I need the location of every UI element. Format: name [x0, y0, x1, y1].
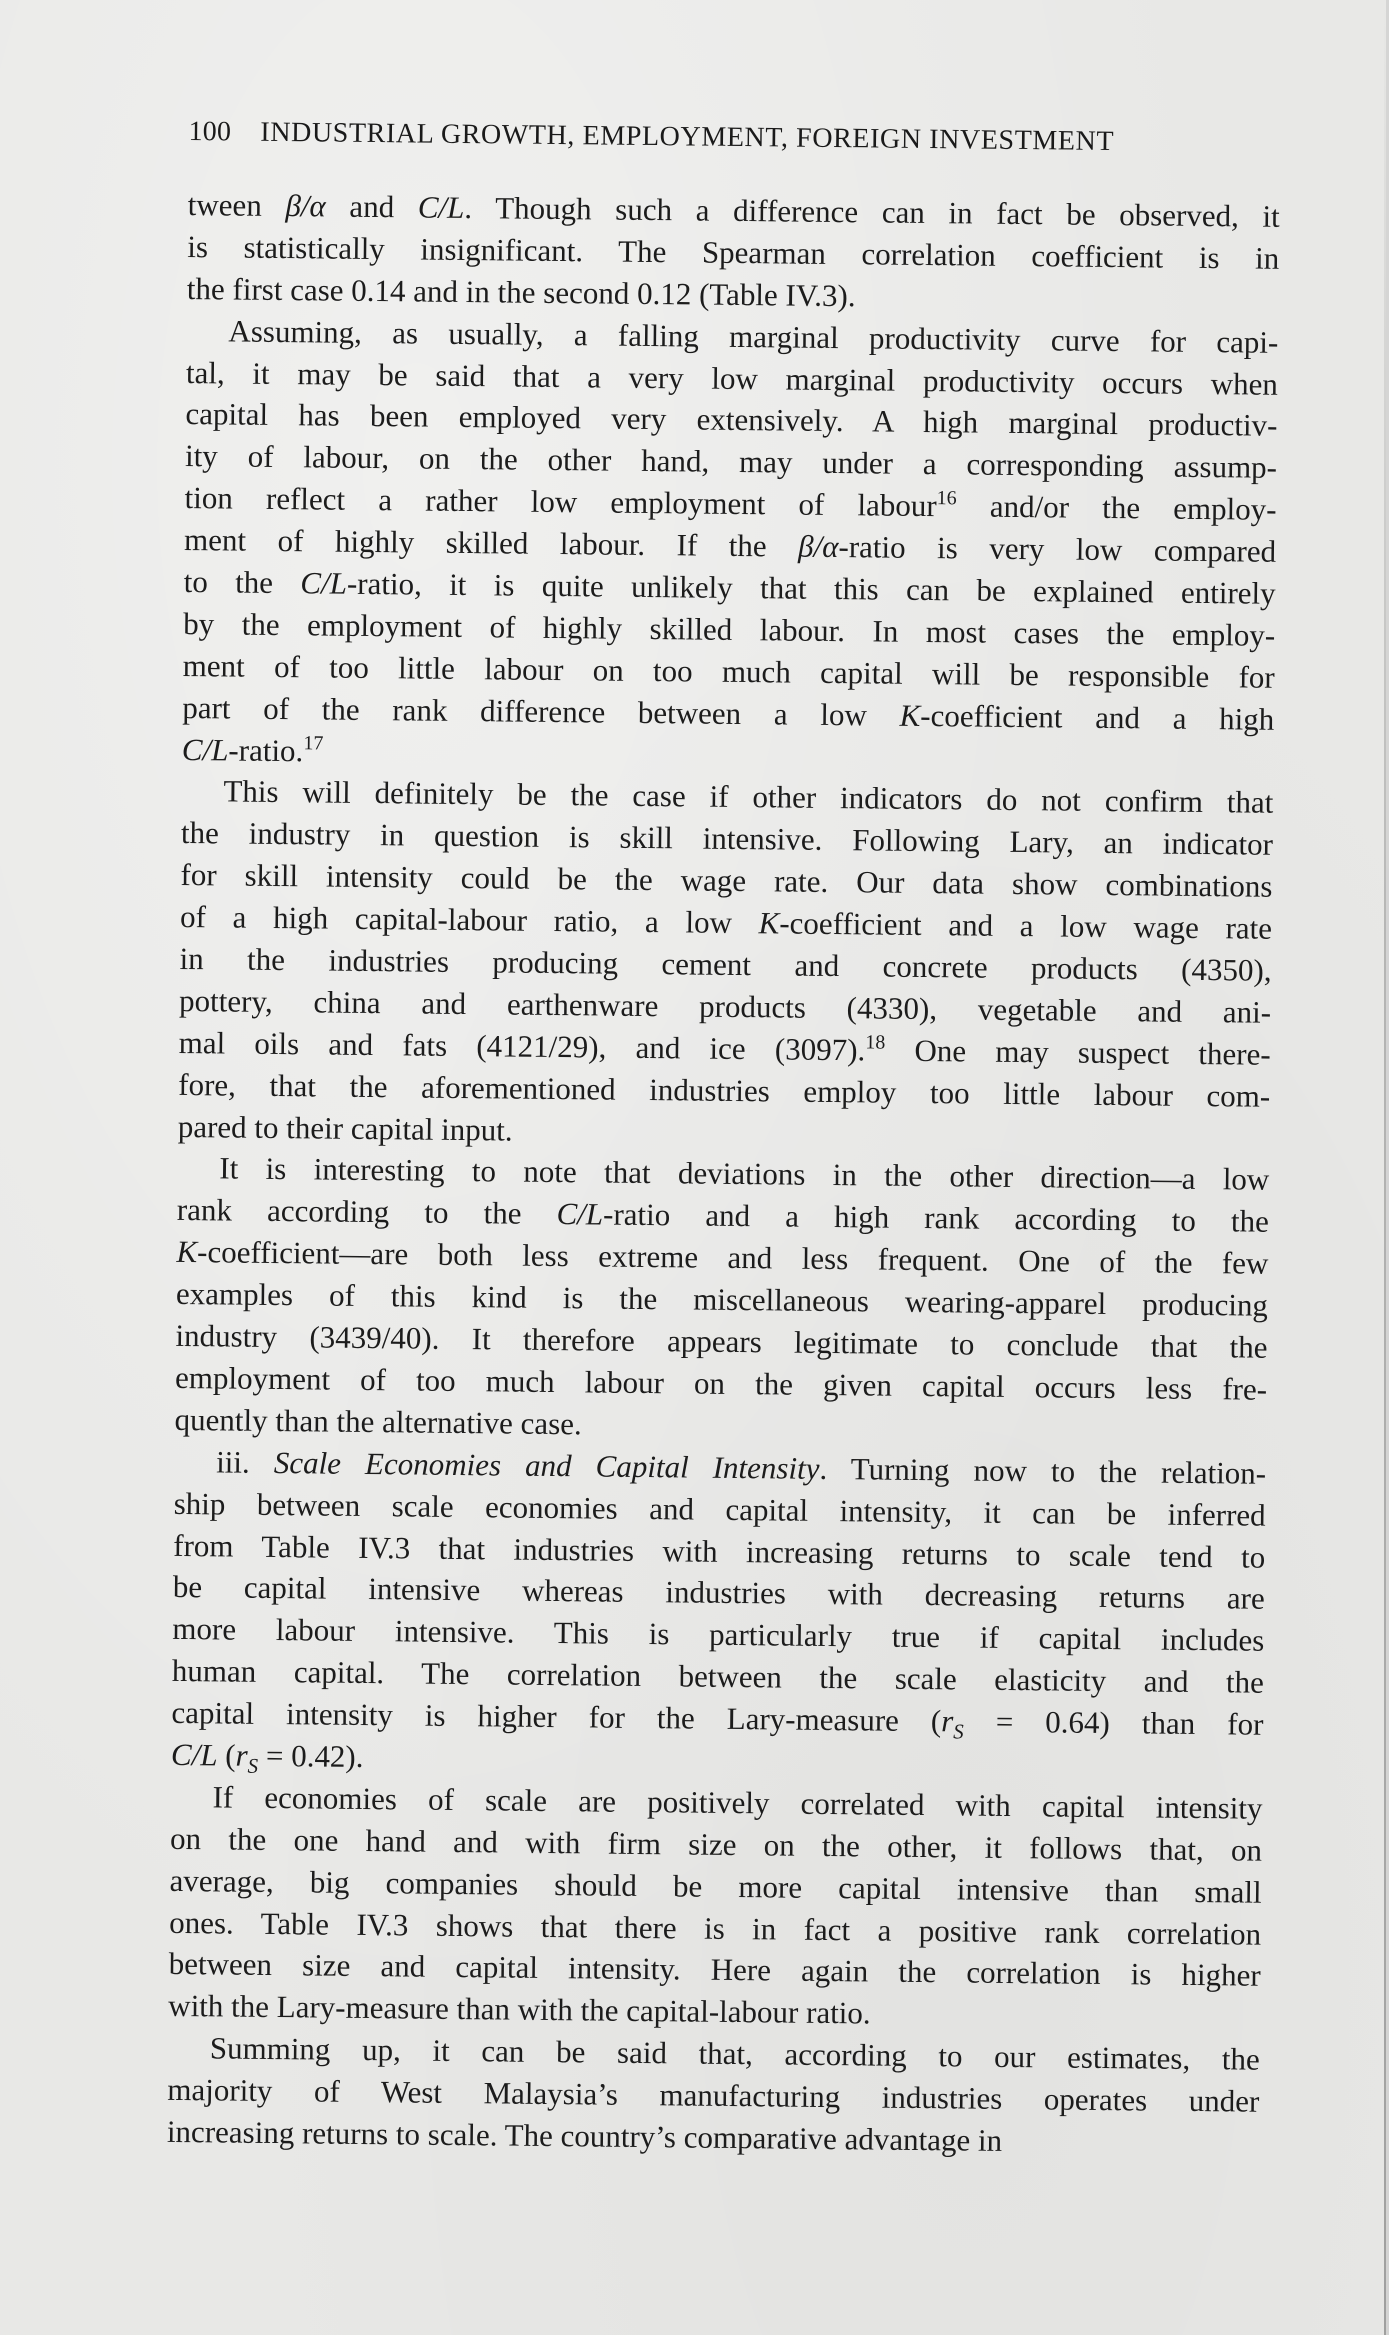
text-run: employment of too much labour on the giv… [175, 1360, 1267, 1407]
text-run: This will definitely be the case if othe… [223, 774, 1273, 820]
italic-run: C/L [182, 732, 229, 768]
text-run: to the [184, 564, 301, 600]
text-run: with the Lary-measure than with the capi… [168, 1988, 871, 2031]
text-run: on the one hand and with firm size on th… [170, 1821, 1262, 1868]
text-run: fore, that the aforementioned industries… [178, 1067, 1270, 1114]
footnote-ref: 18 [865, 1031, 885, 1053]
paragraph: iii. Scale Economies and Capital Intensi… [171, 1441, 1267, 1788]
text-run: ( [217, 1737, 235, 1772]
text-run: the first case 0.14 and in the second 0.… [187, 271, 856, 313]
text-run: ment of too little labour on too much ca… [183, 648, 1275, 695]
text-run: and/or the employ- [956, 489, 1276, 527]
text-run: One may suspect there- [885, 1032, 1271, 1071]
greek-symbol: β/α [285, 188, 326, 223]
text-run: -ratio is very low compared [838, 529, 1276, 569]
paragraph: This will definitely be the case if othe… [178, 770, 1274, 1159]
text-run: -coefficient—are both less extreme and l… [197, 1234, 1269, 1281]
greek-symbol: β/α [798, 529, 839, 564]
running-head: 100 INDUSTRIAL GROWTH, EMPLOYMENT, FOREI… [188, 116, 1114, 166]
text-run: by the employment of highly skilled labo… [183, 606, 1275, 653]
italic-run: r [941, 1703, 953, 1738]
text-run: pared to their capital input. [178, 1109, 513, 1148]
text-run: quently than the alternative case. [174, 1402, 581, 1441]
text-run: = 0.42). [258, 1738, 364, 1774]
text-run: iii. [216, 1444, 274, 1480]
text-run: ment of highly skilled labour. If the [184, 522, 798, 564]
italic-run: K [758, 905, 779, 940]
paragraph: tween β/α and C/L. Though such a differe… [187, 184, 1280, 321]
italic-run: K [899, 697, 920, 732]
text-run: mal oils and fats (4121/29), and ice (30… [179, 1025, 866, 1067]
page-edge-line [1384, 0, 1386, 2335]
paragraph: Summing up, it can be said that, accordi… [167, 2027, 1260, 2164]
paragraph: Assuming, as usually, a falling marginal… [182, 310, 1279, 783]
italic-run: Scale Economies and Capital Intensity [274, 1445, 820, 1486]
italic-run: K [176, 1234, 197, 1269]
text-run: -ratio. [228, 732, 303, 768]
text-run: of a high capital-labour ratio, a low [180, 899, 759, 940]
text-run: -ratio and a high rank according to the [603, 1197, 1269, 1239]
footnote-ref: 16 [937, 487, 957, 509]
paragraph: It is interesting to note that deviation… [174, 1147, 1269, 1452]
text-run: . Turning now to the relation- [819, 1451, 1266, 1491]
page-number: 100 [188, 116, 231, 148]
text-run: -coefficient and a low wage rate [779, 906, 1272, 946]
text-run: is statistically insignificant. The Spea… [187, 229, 1279, 276]
italic-run: C/L [171, 1737, 218, 1773]
paragraph: If economies of scale are positively cor… [168, 1776, 1263, 2039]
footnote-ref: 17 [303, 732, 323, 754]
text-run: = 0.64) than for [964, 1704, 1264, 1742]
body-text: tween β/α and C/L. Though such a differe… [167, 184, 1280, 2165]
text-run: average, big companies should be more ca… [169, 1863, 1261, 1910]
text-run: rank according to the [177, 1192, 557, 1231]
text-run: Summing up, it can be said that, accordi… [210, 2031, 1260, 2077]
text-run: -ratio, it is quite unlikely that this c… [347, 566, 1276, 611]
subscript: S [247, 1754, 258, 1778]
running-title: INDUSTRIAL GROWTH, EMPLOYMENT, FOREIGN I… [260, 117, 1114, 158]
italic-run: C/L [418, 189, 465, 225]
text-run: . Though such a difference can in fact b… [464, 190, 1280, 234]
book-page: 100 INDUSTRIAL GROWTH, EMPLOYMENT, FOREI… [190, 0, 1282, 12]
text-run: and [326, 188, 418, 224]
text-run: increasing returns to scale. The country… [167, 2114, 1003, 2158]
text-run: It is interesting to note that deviation… [219, 1151, 1269, 1197]
text-run: tion reflect a rather low employment of … [184, 480, 936, 523]
italic-run: C/L [556, 1196, 603, 1232]
subscript: S [953, 1719, 964, 1743]
text-run: -coefficient and a high [920, 698, 1274, 737]
italic-run: C/L [300, 565, 347, 601]
text-run: tween [188, 187, 286, 223]
text-run: capital intensity is higher for the Lary… [171, 1695, 941, 1738]
text-run: part of the rank difference between a lo… [182, 690, 900, 733]
text-run: If economies of scale are positively cor… [212, 1779, 1262, 1825]
text-run: ship between scale economies and capital… [174, 1486, 1266, 1533]
text-run: Assuming, as usually, a falling marginal… [228, 313, 1278, 359]
text-run: pottery, china and earthenware products … [179, 983, 1271, 1030]
italic-run: r [235, 1738, 247, 1773]
